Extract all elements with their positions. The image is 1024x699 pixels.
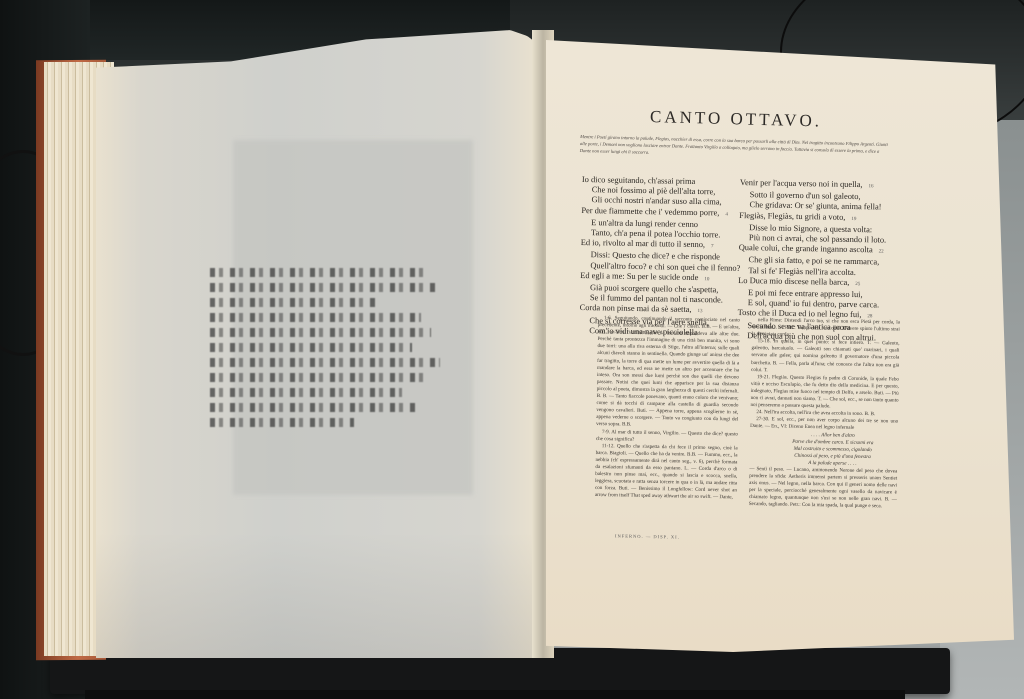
book-stand-base xyxy=(85,690,905,699)
verse-text: Sotto il governo d'un sol galeoto, xyxy=(750,190,861,201)
notes-column-left: 1-6. Seguitando, continuando il racconto… xyxy=(595,315,740,502)
verse-text: Disse lo mio Signore, a questa volta: xyxy=(749,223,872,234)
verse-number: 10 xyxy=(704,277,709,282)
verse-text: Corda non pinse mai da sè saetta, xyxy=(580,303,692,314)
note-paragraph: 27-30. E sol, ecc., per non aver corpo a… xyxy=(750,416,898,433)
note-paragraph: 19-21. Flegiàs. Questo Flegias fu padre … xyxy=(750,374,899,412)
verse-text: Ed egli a me: Su per le sucide onde xyxy=(580,271,698,282)
verse-text: Tal si fe' Flegiàs nell'ira accolta. xyxy=(748,266,856,277)
verse-text: Ed io, rivolto al mar di tutto il senno, xyxy=(581,238,705,249)
verse-text: Venir per l'acqua verso noi in quella, xyxy=(740,178,863,189)
verse-text: E un'altra da lungi render cenno xyxy=(591,218,698,229)
note-paragraph: 11-12. Quello che s'aspetta da chi fece … xyxy=(595,443,738,502)
page-shadow xyxy=(96,30,546,658)
note-paragraph: — Sentì il peso. — Lucano, ammonendo Ner… xyxy=(749,466,898,511)
note-paragraph: 15-18. In quella, in quel punto: si fece… xyxy=(751,338,900,376)
verse-number: 19 xyxy=(851,217,856,222)
verse-text: Io dico seguitando, ch'assai prima xyxy=(582,175,696,186)
verse-text: Flegiàs, Flegiàs, tu gridi a voto, xyxy=(739,211,845,222)
verse-text: Quale colui, che grande inganno ascolta xyxy=(739,243,873,254)
note-paragraph: 1-6. Seguitando, continuando il racconto… xyxy=(596,315,740,431)
notes-column-right: nella Rime: Distendi l'arco tuo, sì che … xyxy=(749,317,900,511)
verse-text: E poi mi fece entrare appresso lui, xyxy=(748,288,863,299)
verse-text: Che noi fossimo al piè dell'alta torre, xyxy=(592,185,716,196)
verse-number: 4 xyxy=(725,212,728,217)
photo-scene: CANTO OTTAVO. Mentre i Poeti girano into… xyxy=(0,0,1024,699)
verse-number: 7 xyxy=(711,244,714,249)
note-paragraph: nella Rime: Distendi l'arco tuo, sì che … xyxy=(752,317,900,341)
verse-number: 13 xyxy=(697,309,702,314)
verse-number: 25 xyxy=(855,282,860,287)
verse-number: 22 xyxy=(879,250,884,255)
verse-number: 16 xyxy=(868,184,873,189)
verse-text: Per due fiammette che i' vedemmo porre, xyxy=(581,206,719,217)
verse-text: Lo Duca mio discese nella barca, xyxy=(738,276,849,287)
